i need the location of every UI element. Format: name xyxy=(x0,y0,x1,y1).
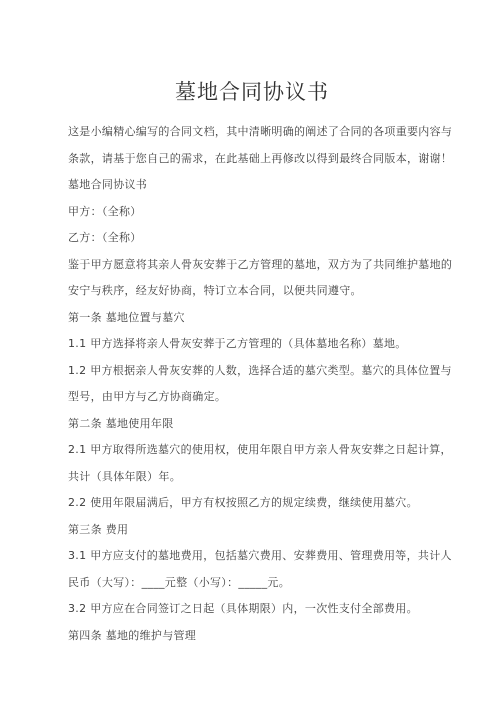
document-page: 墓地合同协议书 这是小编精心编写的合同文档，其中清晰明确的阐述了合同的各项重要内… xyxy=(0,0,500,707)
clause-1-1: 1.1 甲方选择将亲人骨灰安葬于乙方管理的（具体墓地名称）墓地。 xyxy=(68,331,436,358)
article-3-heading: 第三条 费用 xyxy=(68,517,436,544)
preamble-line-1: 鉴于甲方愿意将其亲人骨灰安葬于乙方管理的墓地，双方为了共同维护墓地的 xyxy=(68,252,436,279)
clause-1-2-line-2: 型号，由甲方与乙方协商确定。 xyxy=(68,384,436,411)
clause-1-2-line-1: 1.2 甲方根据亲人骨灰安葬的人数，选择合适的墓穴类型。墓穴的具体位置与 xyxy=(68,358,436,385)
clause-2-1-line-1: 2.1 甲方取得所选墓穴的使用权，使用年限自甲方亲人骨灰安葬之日起计算， xyxy=(68,437,436,464)
clause-3-2: 3.2 甲方应在合同签订之日起（具体期限）内，一次性支付全部费用。 xyxy=(68,596,436,623)
clause-2-1-line-2: 共计（具体年限）年。 xyxy=(68,464,436,491)
intro-line-1: 这是小编精心编写的合同文档，其中清晰明确的阐述了合同的各项重要内容与 xyxy=(68,119,436,146)
document-title: 墓地合同协议书 xyxy=(68,78,436,106)
clause-2-2: 2.2 使用年限届满后，甲方有权按照乙方的规定续费，继续使用墓穴。 xyxy=(68,490,436,517)
subtitle-line: 墓地合同协议书 xyxy=(68,172,436,199)
article-2-heading: 第二条 墓地使用年限 xyxy=(68,411,436,438)
party-b-line: 乙方：（全称） xyxy=(68,225,436,252)
party-a-line: 甲方：（全称） xyxy=(68,199,436,226)
contract-document: 墓地合同协议书 这是小编精心编写的合同文档，其中清晰明确的阐述了合同的各项重要内… xyxy=(0,0,500,649)
article-4-heading: 第四条 墓地的维护与管理 xyxy=(68,623,436,650)
clause-3-1-line-1: 3.1 甲方应支付的墓地费用，包括墓穴费用、安葬费用、管理费用等，共计人 xyxy=(68,543,436,570)
preamble-line-2: 安宁与秩序，经友好协商，特订立本合同，以便共同遵守。 xyxy=(68,278,436,305)
clause-3-1-line-2: 民币（大写）：____元整（小写）：_____元。 xyxy=(68,570,436,597)
intro-line-2: 条款，请基于您自己的需求，在此基础上再修改以得到最终合同版本，谢谢！ xyxy=(68,146,436,173)
article-1-heading: 第一条 墓地位置与墓穴 xyxy=(68,305,436,332)
